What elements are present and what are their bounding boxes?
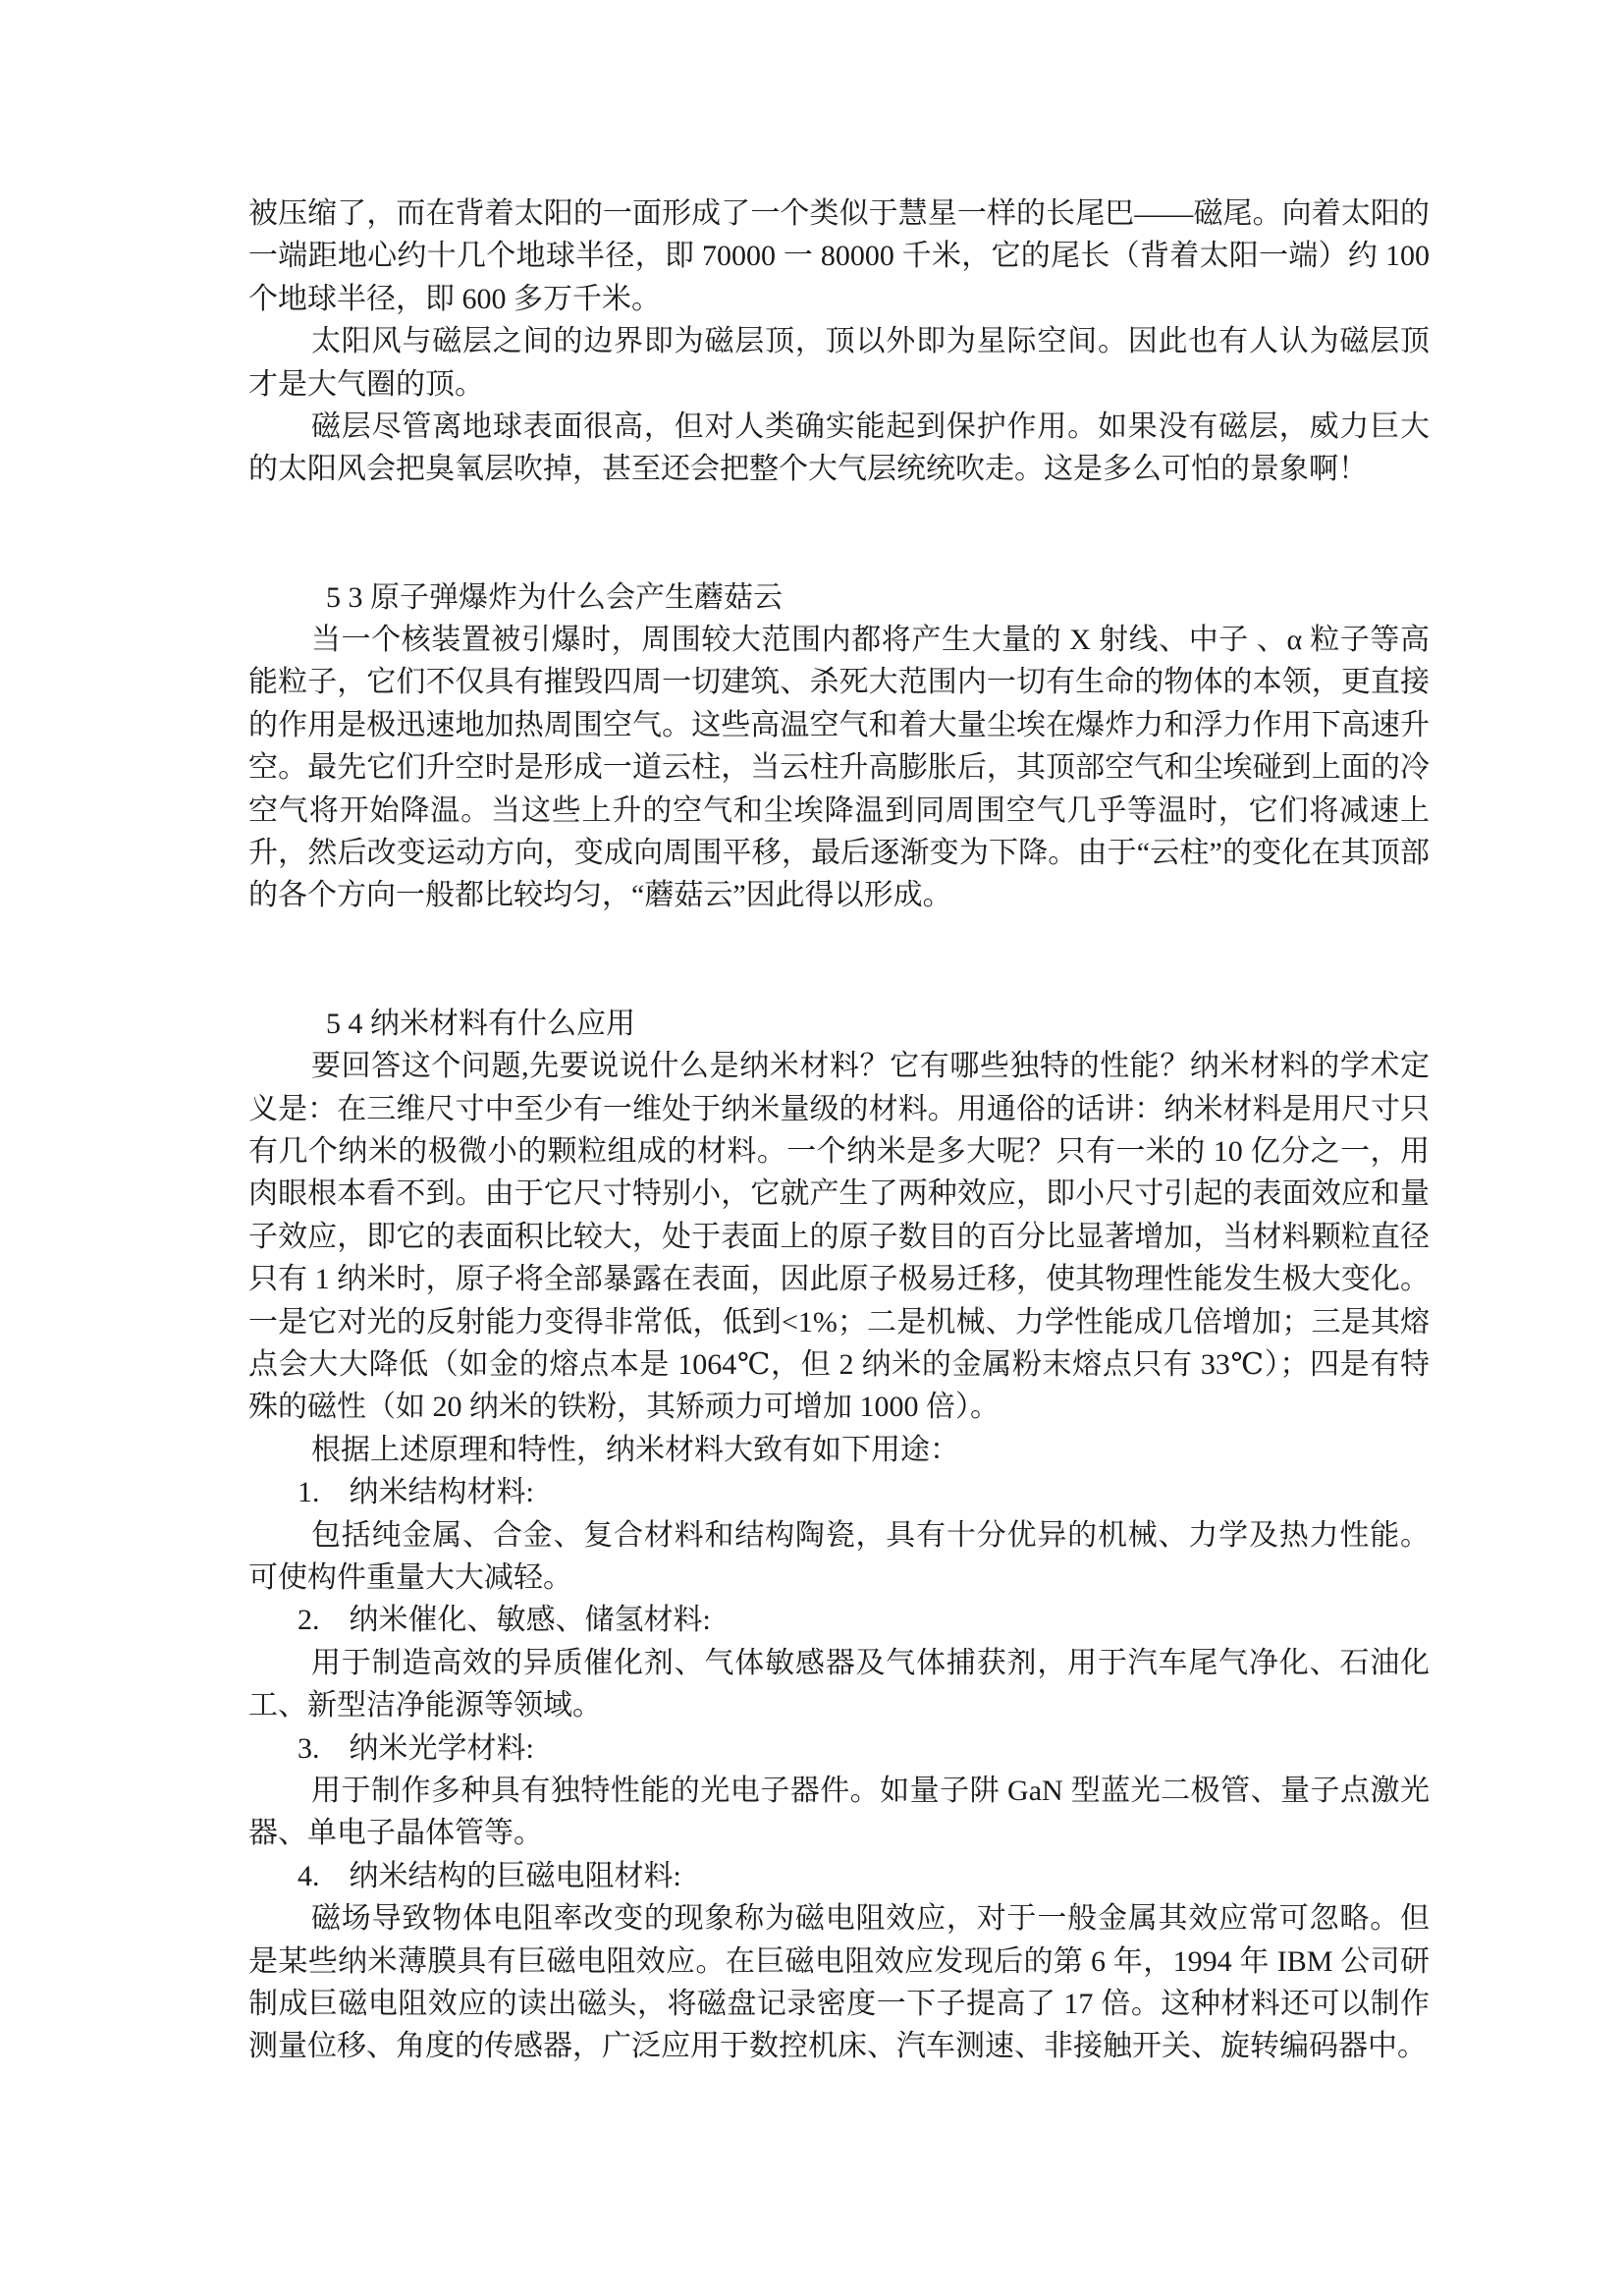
paragraph: 包括纯金属、合金、复合材料和结构陶瓷，具有十分优异的机械、力学及热力性能。可使构… [248,1514,1430,1600]
numbered-item: 3. 纳米光学材料: [248,1727,1430,1770]
paragraph: 当一个核装置被引爆时，周围较大范围内都将产生大量的 X 射线、中子 、α 粒子等… [248,619,1430,917]
paragraph: 根据上述原理和特性，纳米材料大致有如下用途： [248,1429,1430,1471]
section-heading: 5 4 纳米材料有什么应用 [248,1003,1430,1045]
paragraph: 磁场导致物体电阻率改变的现象称为磁电阻效应，对于一般金属其效应常可忽略。但是某些… [248,1897,1430,2068]
paragraph: 被压缩了，而在背着太阳的一面形成了一个类似于慧星一样的长尾巴——磁尾。向着太阳的… [248,192,1430,320]
numbered-item: 4. 纳米结构的巨磁电阻材料: [248,1855,1430,1897]
numbered-item: 2. 纳米催化、敏感、储氢材料: [248,1599,1430,1641]
document-page: 被压缩了，而在背着太阳的一面形成了一个类似于慧星一样的长尾巴——磁尾。向着太阳的… [248,192,1430,2068]
numbered-item: 1. 纳米结构材料: [248,1471,1430,1513]
paragraph: 用于制作多种具有独特性能的光电子器件。如量子阱 GaN 型蓝光二极管、量子点激光… [248,1770,1430,1855]
paragraph: 要回答这个问题,先要说说什么是纳米材料？它有哪些独特的性能？纳米材料的学术定义是… [248,1045,1430,1429]
section-heading: 5 3 原子弹爆炸为什么会产生蘑菇云 [248,576,1430,619]
paragraph: 太阳风与磁层之间的边界即为磁层顶，顶以外即为星际空间。因此也有人认为磁层顶才是大… [248,320,1430,406]
paragraph: 磁层尽管离地球表面很高，但对人类确实能起到保护作用。如果没有磁层，威力巨大的太阳… [248,406,1430,491]
paragraph: 用于制造高效的异质催化剂、气体敏感器及气体捕获剂，用于汽车尾气净化、石油化工、新… [248,1642,1430,1727]
